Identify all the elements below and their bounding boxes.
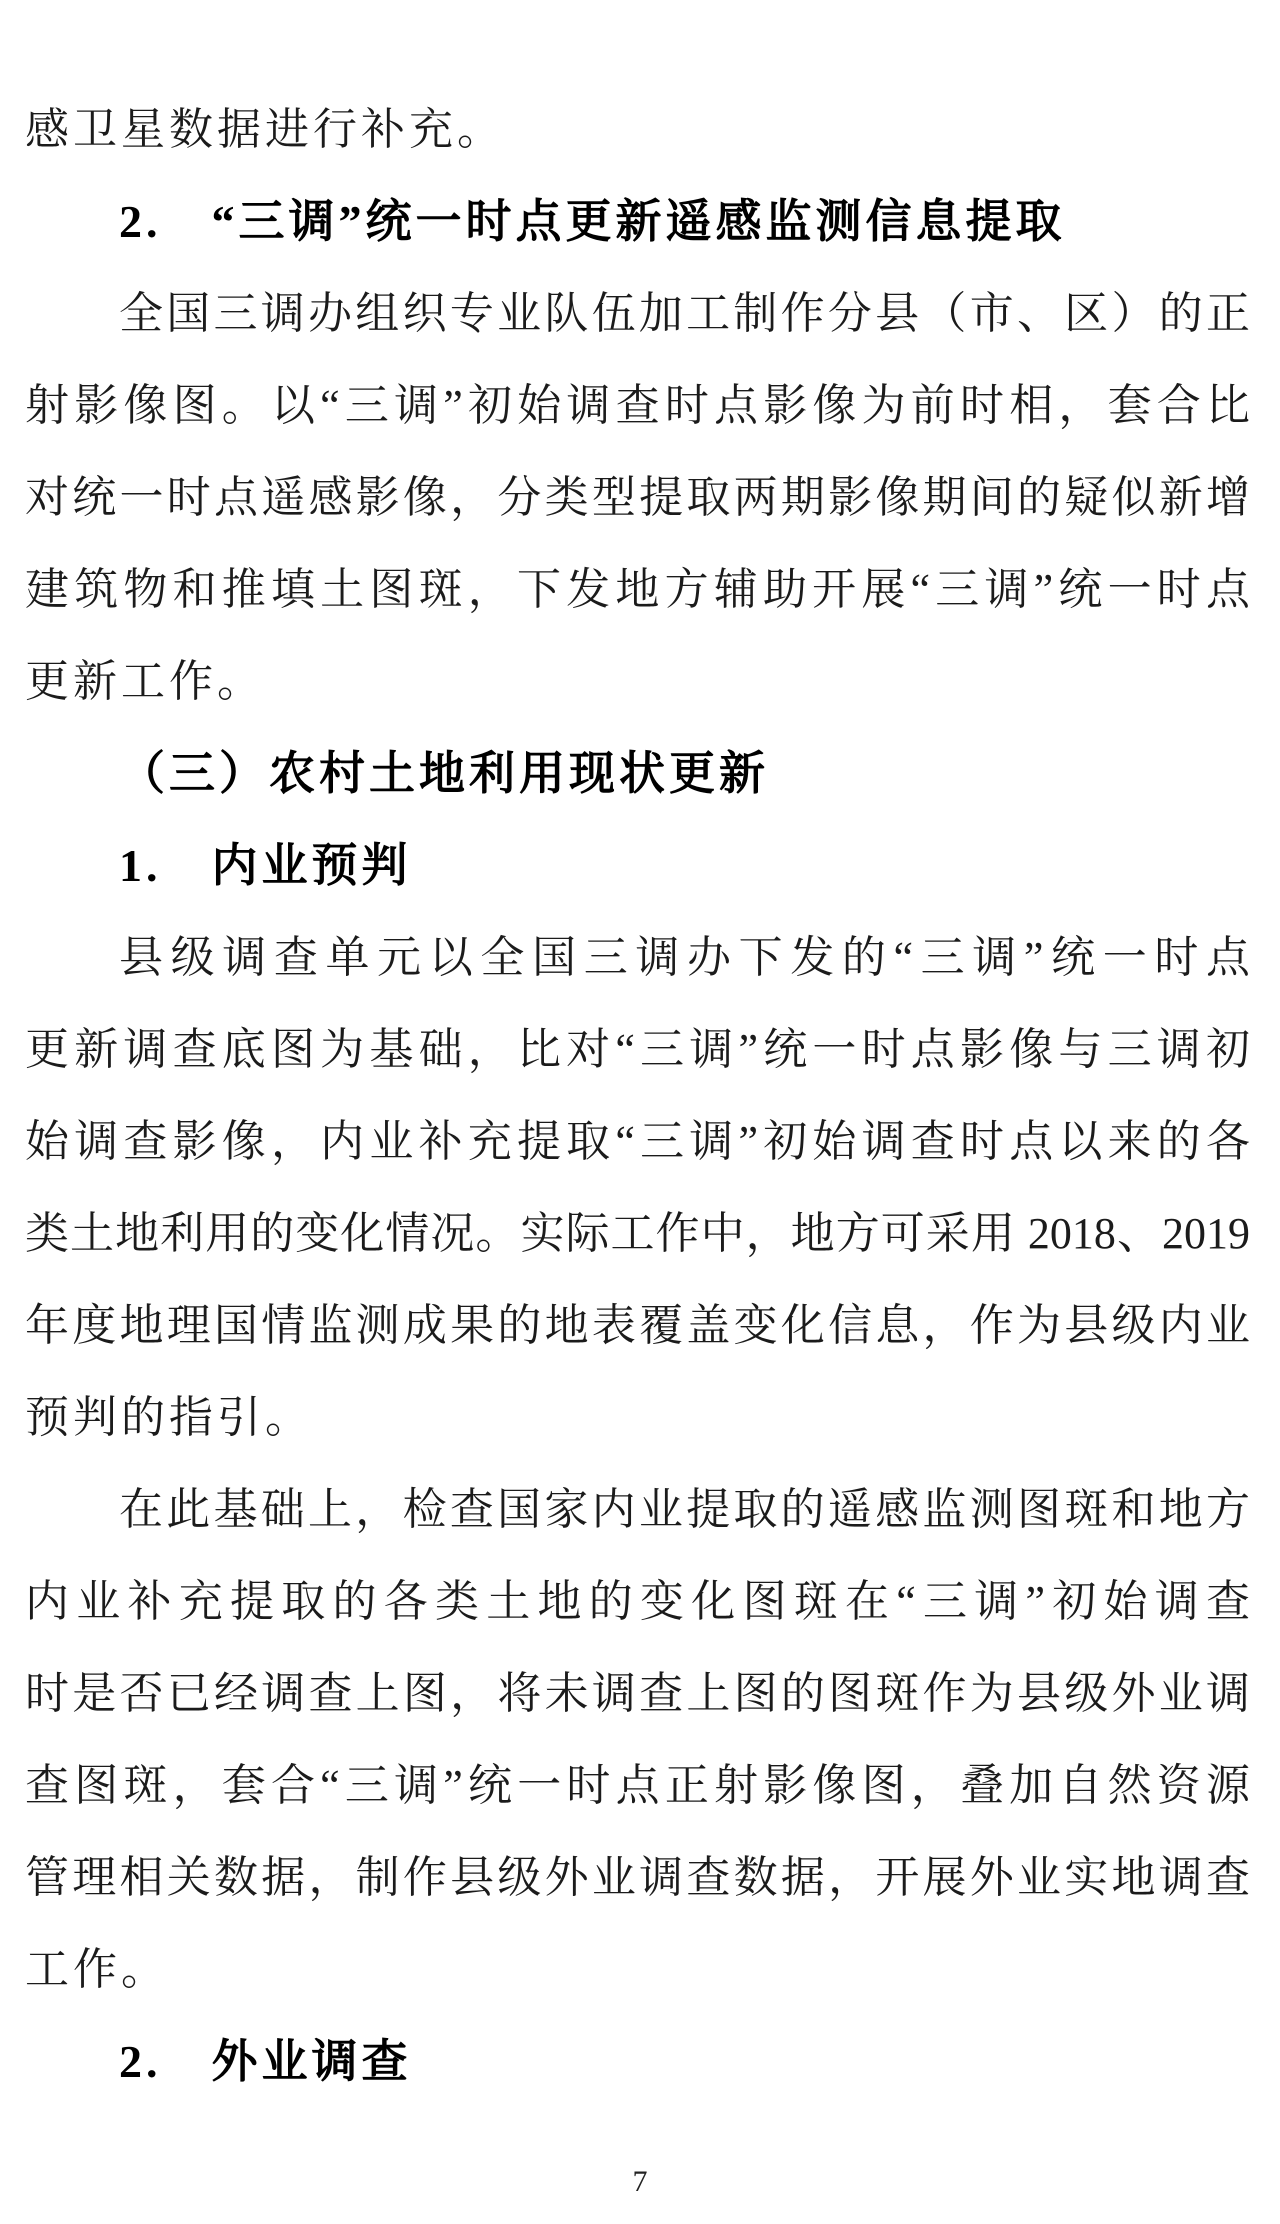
body-text-line: 建筑物和推填土图斑，下发地方辅助开展“三调”统一时点: [25, 544, 1250, 636]
body-text-line: 管理相关数据，制作县级外业调查数据，开展外业实地调查: [25, 1832, 1250, 1924]
body-text-line: 在此基础上，检查国家内业提取的遥感监测图斑和地方: [25, 1464, 1250, 1556]
heading-line: 2. 外业调查: [25, 2016, 1250, 2108]
body-text-line: 预判的指引。: [25, 1372, 1250, 1464]
heading-line: 2. “三调”统一时点更新遥感监测信息提取: [25, 176, 1250, 268]
body-text-line: 对统一时点遥感影像，分类型提取两期影像期间的疑似新增: [25, 452, 1250, 544]
body-text-line: 更新调查底图为基础，比对“三调”统一时点影像与三调初: [25, 1004, 1250, 1096]
body-text-line: 查图斑，套合“三调”统一时点正射影像图，叠加自然资源: [25, 1740, 1250, 1832]
body-text-line: 年度地理国情监测成果的地表覆盖变化信息，作为县级内业: [25, 1280, 1250, 1372]
heading-line: 1. 内业预判: [25, 820, 1250, 912]
page-number: 7: [0, 2162, 1280, 2202]
body-text-line: 全国三调办组织专业队伍加工制作分县（市、区）的正: [25, 268, 1250, 360]
body-text-line: 射影像图。以“三调”初始调查时点影像为前时相，套合比: [25, 360, 1250, 452]
body-text-line: 感卫星数据进行补充。: [25, 84, 1250, 176]
body-text-line: 更新工作。: [25, 636, 1250, 728]
heading-line: （三）农村土地利用现状更新: [25, 728, 1250, 820]
body-text-line: 内业补充提取的各类土地的变化图斑在“三调”初始调查: [25, 1556, 1250, 1648]
body-text-line: 县级调查单元以全国三调办下发的“三调”统一时点: [25, 912, 1250, 1004]
document-content: 感卫星数据进行补充。2. “三调”统一时点更新遥感监测信息提取全国三调办组织专业…: [25, 84, 1250, 2108]
body-text-line: 始调查影像，内业补充提取“三调”初始调查时点以来的各: [25, 1096, 1250, 1188]
body-text-line: 类土地利用的变化情况。实际工作中，地方可采用 2018、2019: [25, 1188, 1250, 1280]
body-text-line: 时是否已经调查上图，将未调查上图的图斑作为县级外业调: [25, 1648, 1250, 1740]
body-text-line: 工作。: [25, 1924, 1250, 2016]
document-page: 感卫星数据进行补充。2. “三调”统一时点更新遥感监测信息提取全国三调办组织专业…: [0, 0, 1280, 2224]
